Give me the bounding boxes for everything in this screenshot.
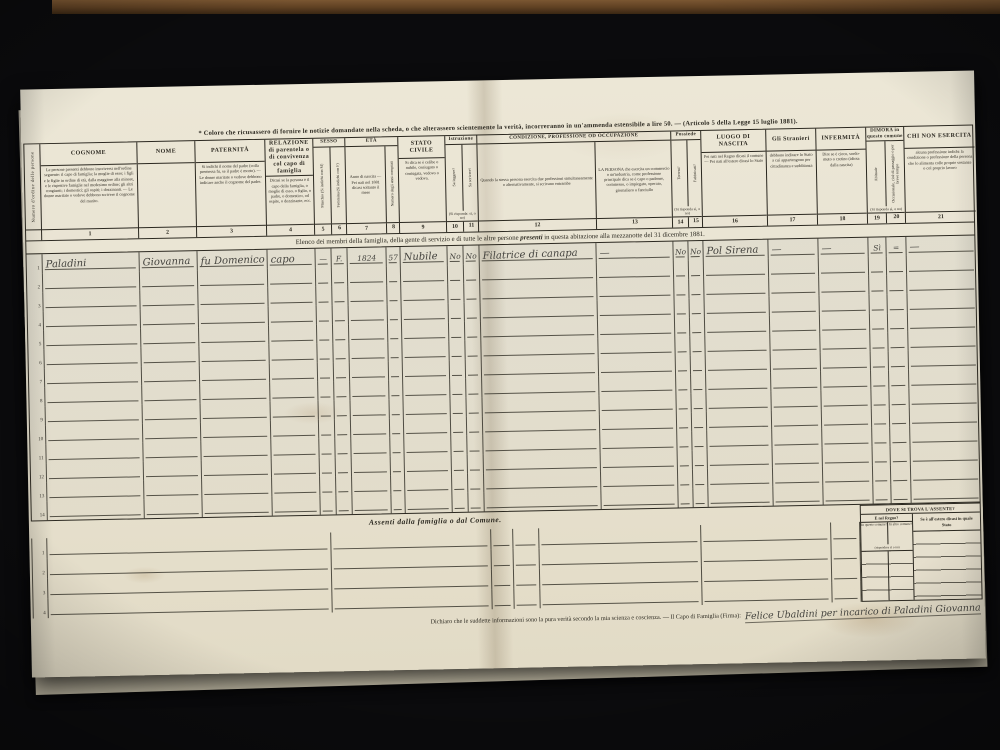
header-title-luogo: LUOGO DI NASCITA xyxy=(701,130,765,153)
register-cell xyxy=(678,488,693,507)
register-cell xyxy=(333,305,349,324)
register-cell xyxy=(316,267,332,286)
header-subcolumns-condizione: Quando la stessa persona esercita due pr… xyxy=(477,140,671,220)
assenti-cell xyxy=(702,562,832,585)
header-subcolumns-possiede: Terreni?Fabbricati? xyxy=(671,139,701,206)
register-cell xyxy=(450,379,466,398)
register-cell xyxy=(319,419,335,438)
register-cell xyxy=(769,277,819,297)
register-cell: Sì xyxy=(868,237,886,256)
register-cell xyxy=(482,357,599,378)
header-numbers-cognome: 1 xyxy=(42,227,138,240)
header-vertical-label: Maschio (Si indichi con M) xyxy=(320,163,325,207)
register-cell xyxy=(677,431,692,450)
assenti-grid: 1234 xyxy=(31,522,861,619)
register-cell xyxy=(201,440,271,460)
register-cell xyxy=(317,343,333,362)
register-cell xyxy=(334,381,350,400)
register-cell xyxy=(910,406,980,426)
register-cell xyxy=(484,471,601,492)
register-cell xyxy=(771,391,821,411)
register-cell xyxy=(335,438,351,457)
register-cell xyxy=(332,267,348,286)
register-cell xyxy=(141,327,199,347)
dove-si-trova-box: DOVE SI TROVA L'ASSENTE? È nel Regno? In… xyxy=(860,502,983,601)
assenti-cell xyxy=(701,542,831,565)
register-cell xyxy=(318,381,334,400)
register-cell xyxy=(674,260,689,279)
register-cell xyxy=(387,285,401,304)
header-numbers-sesso: 56 xyxy=(315,223,346,235)
register-cell xyxy=(483,414,600,435)
register-cell xyxy=(270,382,318,402)
entry-value: — xyxy=(821,243,831,254)
register-cell xyxy=(272,477,320,497)
register-cell xyxy=(873,446,891,465)
register-cell xyxy=(199,326,269,346)
elenco-presenti: presenti xyxy=(520,234,542,241)
register-cell xyxy=(317,305,333,324)
assenti-section: Assenti dalla famiglia o dal Comune. 123… xyxy=(31,502,983,619)
header-subcol-possiede-1: Fabbricati? xyxy=(686,139,702,205)
register-cell xyxy=(872,408,890,427)
column-number: 16 xyxy=(703,218,767,225)
header-foot-possiede: (Si risponda sì, o no) xyxy=(673,206,702,217)
assenti-cell xyxy=(540,585,702,608)
register-cell xyxy=(598,318,675,339)
register-cell xyxy=(348,266,387,286)
row-number: 7 xyxy=(40,380,43,385)
register-cell xyxy=(600,432,677,453)
dove-col-altro-comune: In altro comune? xyxy=(887,522,913,545)
header-subcol-istruzione-1: Sa scrivere? xyxy=(461,144,478,210)
header-subcolumns-dimora: AbitualeOccasionale, cioè di passaggio o… xyxy=(866,141,904,207)
register-cell xyxy=(465,321,481,340)
header-numbers-istruzione: 1011 xyxy=(447,220,478,232)
register-cell xyxy=(675,317,690,336)
header-col-chi: CHI NON ESERCITAalcuna professione indic… xyxy=(904,125,976,222)
register-cell xyxy=(887,294,907,313)
register-cell xyxy=(349,342,388,362)
header-vertical-label: Fabbricati? xyxy=(693,164,698,182)
register-cell xyxy=(45,366,142,387)
register-cell xyxy=(891,446,911,465)
register-cell xyxy=(690,336,705,355)
register-cell xyxy=(907,273,977,293)
register-cell xyxy=(911,482,981,502)
register-cell: — xyxy=(818,238,868,258)
register-cell xyxy=(707,430,772,450)
register-cell xyxy=(889,351,909,370)
entry-value: 57 xyxy=(386,253,399,262)
header-note-relazione: Dicasi se la persona è il capo della fam… xyxy=(266,176,314,224)
register-cell xyxy=(772,410,822,430)
register-cell xyxy=(336,457,352,476)
register-cell xyxy=(601,451,678,472)
register-cell xyxy=(449,341,465,360)
register-cell xyxy=(452,493,468,512)
register-cell xyxy=(401,284,448,304)
column-number: 20 xyxy=(886,213,906,223)
header-subcol-possiede-0: Terreni? xyxy=(671,140,687,206)
assenti-cell xyxy=(832,582,861,603)
register-cell xyxy=(482,395,599,416)
register-cell xyxy=(871,370,889,389)
header-subcol-dimora-0: Abituale xyxy=(866,141,885,206)
register-cell xyxy=(676,355,691,374)
header-numbers-stato: 9 xyxy=(400,221,446,233)
register-cell xyxy=(389,361,403,380)
register-rownum-cell: 5 xyxy=(28,330,44,349)
header-vertical-label: Sa scrivere? xyxy=(468,167,473,187)
register-cell xyxy=(47,461,144,482)
header-subnote: Quando la stessa persona esercita due pr… xyxy=(478,174,595,189)
header-vertical-label: Numero degli anni compiuti xyxy=(390,161,395,206)
register-cell: fu Domenico xyxy=(197,250,267,270)
register-cell xyxy=(678,469,693,488)
register-cell xyxy=(348,285,387,305)
register-cell xyxy=(350,399,389,419)
register-cell xyxy=(402,341,449,361)
assenti-cell xyxy=(514,548,540,569)
register-cell xyxy=(770,296,820,316)
register-cell xyxy=(46,404,143,425)
column-number: 18 xyxy=(818,216,867,223)
assenti-rownum-cell: 3 xyxy=(32,578,48,598)
register-cell: 57 xyxy=(386,247,400,266)
register-cell: Pol Sirena xyxy=(703,240,768,260)
register-cell xyxy=(891,484,911,503)
assenti-cell xyxy=(491,529,513,549)
register-rownum-cell: 12 xyxy=(31,463,47,482)
entry-value: Paladini xyxy=(46,258,87,270)
register-cell xyxy=(202,497,272,517)
register-cell xyxy=(820,314,870,334)
register-cell xyxy=(46,423,143,444)
register-cell xyxy=(909,368,979,388)
dove-estero-column: Se è all'estero dicasi in quale Stato xyxy=(913,512,982,599)
register-cell xyxy=(318,362,334,381)
register-cell xyxy=(598,299,675,320)
register-cell xyxy=(481,338,598,359)
register-cell xyxy=(450,398,466,417)
register-cell xyxy=(599,375,676,396)
register-cell xyxy=(140,270,198,290)
register-cell xyxy=(691,374,706,393)
register-cell xyxy=(202,459,272,479)
header-note-nome xyxy=(138,163,196,227)
header-col-eta: ETÀAnno di nascita — Pei nati nel 1881 d… xyxy=(345,137,400,234)
register-cell xyxy=(390,437,404,456)
register-cell xyxy=(44,347,141,368)
register-cell xyxy=(908,330,978,350)
header-col-stranieri: Gli Stranieridebbono indicare lo Stato a… xyxy=(766,129,818,226)
header-title-relazione: RELAZIONE di parentela o di convivenza c… xyxy=(265,139,313,177)
dove-estero-header: Se è all'estero dicasi in quale Stato xyxy=(913,512,980,531)
entry-value: — xyxy=(909,242,919,253)
register-cell xyxy=(320,495,336,514)
register-cell xyxy=(268,287,316,307)
register-cell xyxy=(388,304,402,323)
register-cell xyxy=(692,431,707,450)
register-cell xyxy=(465,340,481,359)
register-cell xyxy=(708,487,773,507)
register-cell xyxy=(271,401,319,421)
column-number: 3 xyxy=(197,228,266,235)
entry-value: = xyxy=(886,243,905,253)
register-cell xyxy=(319,438,335,457)
column-number: 9 xyxy=(400,224,446,231)
register-cell xyxy=(448,284,464,303)
register-cell xyxy=(404,436,451,456)
entry-value: 1824 xyxy=(348,253,386,263)
register-rownum-cell: 13 xyxy=(31,482,47,501)
register-cell xyxy=(387,266,401,285)
header-note-paternita: Si indichi il nome del padre (colla prem… xyxy=(196,162,266,226)
register-cell xyxy=(889,389,909,408)
header-title-paternita: PATERNITÀ xyxy=(195,140,264,163)
entry-value: Sì xyxy=(868,243,885,253)
register-cell xyxy=(704,259,769,279)
register-cell xyxy=(272,496,320,516)
register-rownum-cell: 9 xyxy=(30,406,46,425)
row-number: 1 xyxy=(42,551,45,556)
register-cell xyxy=(349,304,388,324)
header-col-relazione: RELAZIONE di parentela o di convivenza c… xyxy=(265,139,315,236)
register-cell xyxy=(480,262,597,283)
header-subcol-dimora-1: Occasionale, cioè di passaggio o per bre… xyxy=(884,141,905,206)
header-numbers-ordine xyxy=(26,229,41,240)
assenti-rownum-cell: 1 xyxy=(31,538,47,558)
column-number: 15 xyxy=(688,217,703,227)
header-note-luogo: Pei nati nel Regno dicasi il comune — Pe… xyxy=(702,152,767,216)
register-cell xyxy=(401,265,448,285)
register-cell xyxy=(598,337,675,358)
assenti-cell xyxy=(831,542,860,563)
assenti-cell xyxy=(514,588,540,609)
assenti-cell xyxy=(492,549,514,569)
header-numbers-luogo: 16 xyxy=(703,215,767,227)
header-vertical-label: Numero d'ordine delle persone xyxy=(29,151,35,222)
register-cell xyxy=(46,442,143,463)
entry-value: No xyxy=(673,247,687,256)
register-cell xyxy=(391,494,405,513)
register-cell xyxy=(272,458,320,478)
register-cell xyxy=(47,499,144,520)
register-cell xyxy=(143,403,201,423)
row-number: 4 xyxy=(38,323,41,328)
header-col-infermita: INFERMITÀDire se è cieco, sordo-muto o c… xyxy=(816,128,868,225)
register-cell xyxy=(144,460,202,480)
register-cell xyxy=(823,447,873,467)
register-cell xyxy=(689,279,704,298)
entry-value: Filatrice di canapa xyxy=(482,248,577,262)
register-cell: No xyxy=(463,245,479,264)
column-number: 21 xyxy=(906,213,976,220)
header-vertical-label: Sa leggere? xyxy=(452,168,457,187)
register-cell xyxy=(44,328,141,349)
register-cell xyxy=(452,474,468,493)
dove-regno-column: È nel Regno? In questo comune? In altro … xyxy=(861,514,915,601)
register-rownum-cell: 8 xyxy=(29,387,45,406)
column-number: 4 xyxy=(267,227,314,234)
register-cell xyxy=(482,376,599,397)
register-cell xyxy=(822,409,872,429)
register-cell xyxy=(771,353,821,373)
register-cell xyxy=(772,429,822,449)
register-cell xyxy=(352,475,391,495)
register-cell xyxy=(405,474,452,494)
register-cell xyxy=(351,437,390,457)
assenti-cell xyxy=(332,589,492,612)
column-number: 1 xyxy=(42,230,138,238)
register-cell xyxy=(198,288,268,308)
column-number: 6 xyxy=(331,224,347,234)
register-cell xyxy=(465,302,481,321)
register-cell xyxy=(674,279,689,298)
register-cell xyxy=(823,466,873,486)
row-number: 5 xyxy=(39,342,42,347)
register-cell xyxy=(351,418,390,438)
register-cell xyxy=(391,475,405,494)
register-cell xyxy=(771,372,821,392)
register-cell xyxy=(451,436,467,455)
header-subnote: LA PERSONA che esercita un commercio o u… xyxy=(596,164,673,194)
column-number: 11 xyxy=(463,221,479,231)
column-number: 2 xyxy=(139,229,196,236)
register-cell xyxy=(143,422,201,442)
register-cell: Giovanna xyxy=(139,251,197,271)
register-cell xyxy=(770,334,820,354)
register-cell xyxy=(467,416,483,435)
header-subcol-sesso-0: Maschio (Si indichi con M) xyxy=(313,147,331,224)
register-cell xyxy=(819,257,869,277)
register-cell xyxy=(678,450,693,469)
register-cell xyxy=(403,379,450,399)
header-subcol-sesso-1: Femmina (Si indichi con F) xyxy=(329,147,347,224)
register-cell xyxy=(599,356,676,377)
census-sheet: * Coloro che ricusassero di fornire le n… xyxy=(20,70,986,677)
register-cell xyxy=(890,408,910,427)
register-cell xyxy=(869,256,887,275)
header-numbers-paternita: 3 xyxy=(197,225,266,237)
header-col-paternita: PATERNITÀSi indichi il nome del padre (c… xyxy=(195,140,267,237)
register-cell xyxy=(821,352,871,372)
photographed-census-scan: * Coloro che ricusassero di fornire le n… xyxy=(0,0,1000,750)
register-cell: = xyxy=(886,237,906,256)
register-cell xyxy=(675,336,690,355)
register-cell xyxy=(888,313,908,332)
register-cell xyxy=(451,417,467,436)
register-cell xyxy=(317,324,333,343)
register-cell xyxy=(676,393,691,412)
register-cell xyxy=(911,463,981,483)
column-number: 5 xyxy=(315,226,331,232)
register-cell xyxy=(887,275,907,294)
register-rownum-cell: 10 xyxy=(30,425,46,444)
register-cell xyxy=(391,456,405,475)
register-cell xyxy=(333,324,349,343)
register-rownum-cell: 14 xyxy=(31,501,47,520)
entry-value: — xyxy=(316,254,331,264)
register-cell xyxy=(352,494,391,514)
header-vertical-label: Occasionale, cioè di passaggio o per bre… xyxy=(891,143,901,205)
register-cell xyxy=(873,465,891,484)
register-cell xyxy=(676,374,691,393)
register-cell xyxy=(908,311,978,331)
header-note-chi: alcuna professione indichi la condizione… xyxy=(905,147,976,211)
register-cell xyxy=(198,269,268,289)
entry-value: F. xyxy=(332,254,347,264)
register-cell: No xyxy=(673,241,688,260)
header-vertical-label: Abituale xyxy=(874,167,879,181)
register-cell xyxy=(452,455,468,474)
header-vertical-wrap: Numero d'ordine delle persone xyxy=(24,144,41,229)
register-cell xyxy=(823,485,873,505)
register-grid: 1PaladiniGiovannafu Domenicocapo—F.18245… xyxy=(25,234,980,521)
register-cell xyxy=(468,454,484,473)
register-cell xyxy=(466,397,482,416)
entry-value: — xyxy=(771,244,781,255)
column-number: 17 xyxy=(768,217,817,224)
register-rownum-cell: 6 xyxy=(28,349,44,368)
assenti-cell xyxy=(701,522,831,545)
register-cell xyxy=(449,303,465,322)
header-group-title-dimora: DIMORA in questo comune xyxy=(866,127,903,142)
assenti-cell xyxy=(514,568,540,589)
register-rownum-cell: 3 xyxy=(27,292,43,311)
header-col-istruzione: IstruzioneSa leggere?Sa scrivere?(Si ris… xyxy=(445,135,479,232)
register-cell xyxy=(271,420,319,440)
entry-value: No xyxy=(463,251,478,261)
register-cell xyxy=(403,360,450,380)
register-cell xyxy=(350,380,389,400)
register-cell xyxy=(403,398,450,418)
header-numbers-nome: 2 xyxy=(139,226,196,238)
register-cell xyxy=(705,335,770,355)
register-cell xyxy=(45,385,142,406)
header-col-nome: NOME2 xyxy=(137,141,197,238)
register-cell xyxy=(142,384,200,404)
row-number: 1 xyxy=(37,266,40,271)
header-note-cognome: Le persone presenti debbono inscriversi … xyxy=(41,164,138,229)
header-subcol-istruzione-0: Sa leggere? xyxy=(445,144,462,210)
header-subcol-eta-1: Numero degli anni compiuti xyxy=(384,146,400,223)
header-numbers-possiede: 1415 xyxy=(673,216,702,228)
register-cell: Paladini xyxy=(43,252,140,273)
register-cell xyxy=(484,490,601,511)
header-col-cognome: COGNOMELe persone presenti debbono inscr… xyxy=(40,142,139,240)
register-cell xyxy=(390,418,404,437)
header-subcol-condizione-1: LA PERSONA che esercita un commercio o u… xyxy=(594,140,673,218)
register-cell xyxy=(601,470,678,491)
register-cell xyxy=(270,363,318,383)
register-cell xyxy=(144,498,202,518)
register-cell xyxy=(402,303,449,323)
register-cell: No xyxy=(688,241,703,260)
register-cell xyxy=(601,489,678,510)
header-numbers-dimora: 1920 xyxy=(868,212,905,224)
row-number: 14 xyxy=(40,513,45,518)
register-cell xyxy=(335,419,351,438)
header-subcolumns-istruzione: Sa leggere?Sa scrivere? xyxy=(445,144,477,211)
assenti-cell xyxy=(513,528,539,549)
column-number: 8 xyxy=(386,223,400,233)
row-number: 12 xyxy=(39,475,44,480)
row-number: 11 xyxy=(39,456,44,461)
register-cell xyxy=(690,298,705,317)
entry-value: No xyxy=(447,252,462,262)
